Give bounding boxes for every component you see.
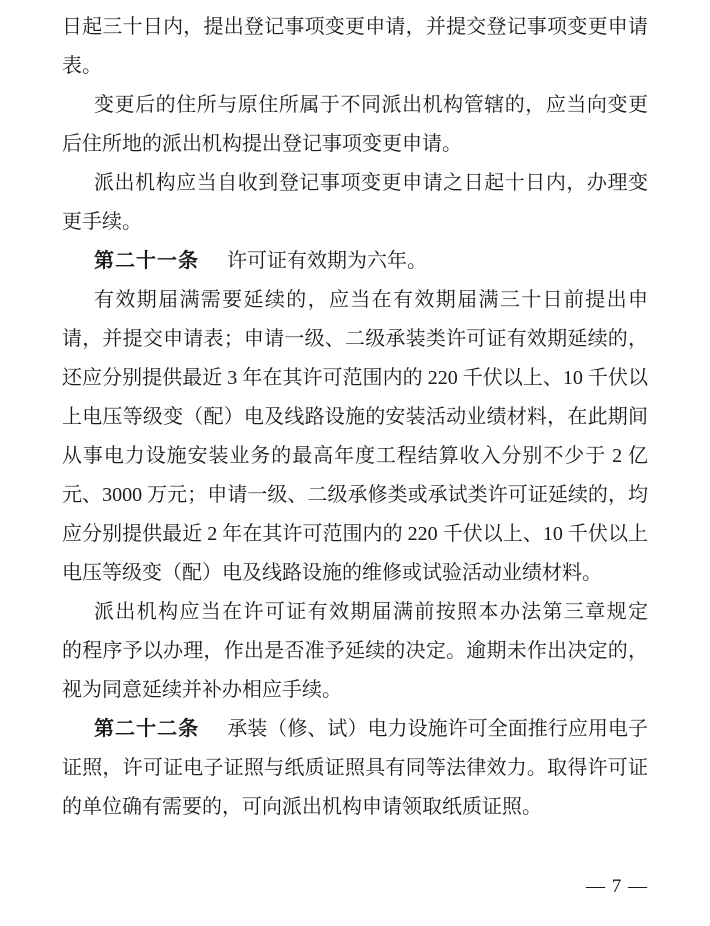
text-line: 上电压等级变（配）电及线路设施的安装活动业绩材料，在此期间 — [62, 398, 648, 437]
text-line: 的程序予以办理，作出是否准予延续的决定。逾期未作出决定的， — [62, 632, 648, 671]
text-line: 还应分别提供最近 3 年在其许可范围内的 220 千伏以上、10 千伏以 — [62, 359, 648, 398]
line-text: 应分别提供最近 2 年在其许可范围内的 220 千伏以上、10 千伏以上 — [62, 523, 648, 545]
line-text: 承装（修、试）电力设施许可全面推行应用电子 — [227, 718, 648, 740]
article-number-heading: 第二十二条 — [94, 718, 199, 740]
line-text: 从事电力设施安装业务的最高年度工程结算收入分别不少于 2 亿 — [62, 445, 648, 467]
text-line: 有效期届满需要延续的，应当在有效期届满三十日前提出申 — [62, 281, 648, 320]
line-text: 元、3000 万元；申请一级、二级承修类或承试类许可证延续的，均 — [62, 484, 648, 506]
line-text: 有效期届满需要延续的，应当在有效期届满三十日前提出申 — [94, 289, 648, 311]
text-line: 派出机构应当自收到登记事项变更申请之日起十日内，办理变 — [62, 164, 648, 203]
text-line: 应分别提供最近 2 年在其许可范围内的 220 千伏以上、10 千伏以上 — [62, 515, 648, 554]
text-line: 从事电力设施安装业务的最高年度工程结算收入分别不少于 2 亿 — [62, 437, 648, 476]
paragraph: 日起三十日内，提出登记事项变更申请，并提交登记事项变更申请 表。 — [62, 8, 648, 86]
text-line: 的单位确有需要的，可向派出机构申请领取纸质证照。 — [62, 788, 648, 827]
line-text: 变更后的住所与原住所属于不同派出机构管辖的，应当向变更 — [94, 94, 648, 116]
text-line: 派出机构应当在许可证有效期届满前按照本办法第三章规定 — [62, 593, 648, 632]
paragraph-article-22: 第二十二条承装（修、试）电力设施许可全面推行应用电子 证照，许可证电子证照与纸质… — [62, 710, 648, 827]
text-line: 元、3000 万元；申请一级、二级承修类或承试类许可证延续的，均 — [62, 476, 648, 515]
line-text: 请，并提交申请表；申请一级、二级承装类许可证有效期延续的， — [62, 328, 648, 350]
line-text: 证照，许可证电子证照与纸质证照具有同等法律效力。取得许可证 — [62, 757, 648, 779]
text-line: 更手续。 — [62, 203, 648, 242]
paragraph: 有效期届满需要延续的，应当在有效期届满三十日前提出申 请，并提交申请表；申请一级… — [62, 281, 648, 593]
document-page: 日起三十日内，提出登记事项变更申请，并提交登记事项变更申请 表。 变更后的住所与… — [0, 0, 710, 926]
line-text: 的程序予以办理，作出是否准予延续的决定。逾期未作出决定的， — [62, 640, 648, 662]
page-number: — 7 — — [586, 876, 648, 898]
line-text: 派出机构应当在许可证有效期届满前按照本办法第三章规定 — [94, 601, 648, 623]
text-line: 后住所地的派出机构提出登记事项变更申请。 — [62, 125, 648, 164]
line-text: 上电压等级变（配）电及线路设施的安装活动业绩材料，在此期间 — [62, 406, 648, 428]
line-text: 日起三十日内，提出登记事项变更申请，并提交登记事项变更申请 — [62, 16, 648, 38]
line-text: 表。 — [62, 55, 102, 77]
line-text: 还应分别提供最近 3 年在其许可范围内的 220 千伏以上、10 千伏以 — [62, 367, 648, 389]
article-number-heading: 第二十一条 — [94, 250, 199, 272]
line-text: 后住所地的派出机构提出登记事项变更申请。 — [62, 133, 462, 155]
text-line: 证照，许可证电子证照与纸质证照具有同等法律效力。取得许可证 — [62, 749, 648, 788]
paragraph: 变更后的住所与原住所属于不同派出机构管辖的，应当向变更 后住所地的派出机构提出登… — [62, 86, 648, 164]
line-text: 视为同意延续并补办相应手续。 — [62, 679, 342, 701]
line-text: 更手续。 — [62, 211, 142, 233]
line-text: 派出机构应当自收到登记事项变更申请之日起十日内，办理变 — [94, 172, 648, 194]
paragraph: 派出机构应当自收到登记事项变更申请之日起十日内，办理变 更手续。 — [62, 164, 648, 242]
paragraph-article-21: 第二十一条许可证有效期为六年。 — [62, 242, 648, 281]
text-line: 第二十一条许可证有效期为六年。 — [62, 242, 648, 281]
line-text: 的单位确有需要的，可向派出机构申请领取纸质证照。 — [62, 796, 542, 818]
text-line: 表。 — [62, 47, 648, 86]
text-line: 日起三十日内，提出登记事项变更申请，并提交登记事项变更申请 — [62, 8, 648, 47]
paragraph: 派出机构应当在许可证有效期届满前按照本办法第三章规定 的程序予以办理，作出是否准… — [62, 593, 648, 710]
text-line: 变更后的住所与原住所属于不同派出机构管辖的，应当向变更 — [62, 86, 648, 125]
text-line: 请，并提交申请表；申请一级、二级承装类许可证有效期延续的， — [62, 320, 648, 359]
text-line: 电压等级变（配）电及线路设施的维修或试验活动业绩材料。 — [62, 554, 648, 593]
line-text: 许可证有效期为六年。 — [227, 250, 427, 272]
document-text-block: 日起三十日内，提出登记事项变更申请，并提交登记事项变更申请 表。 变更后的住所与… — [62, 8, 648, 827]
line-text: 电压等级变（配）电及线路设施的维修或试验活动业绩材料。 — [62, 562, 602, 584]
text-line: 第二十二条承装（修、试）电力设施许可全面推行应用电子 — [62, 710, 648, 749]
text-line: 视为同意延续并补办相应手续。 — [62, 671, 648, 710]
